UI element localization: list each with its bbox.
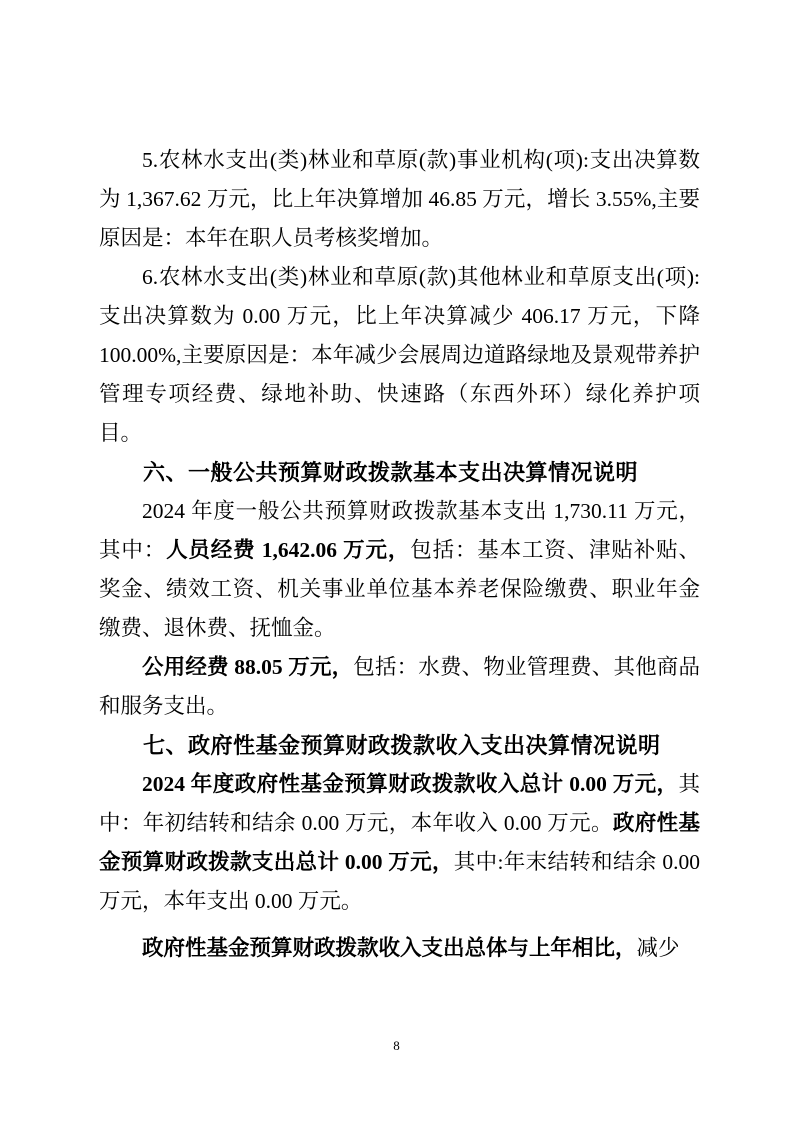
paragraph-text: 5.农林水支出(类)林业和草原(款)事业机构(项):支出决算数为 1,367.6…: [99, 148, 700, 250]
paragraph-public-expense: 公用经费 88.05 万元，包括：水费、物业管理费、其他商品和服务支出。: [99, 648, 700, 726]
paragraph-text: 减少: [637, 936, 680, 960]
paragraph-text-bold: 公用经费 88.05 万元，: [142, 655, 353, 679]
section-heading-six: 六、一般公共预算财政拨款基本支出决算情况说明: [99, 453, 700, 492]
paragraph-text-bold: 2024 年度政府性基金预算财政拨款收入总计 0.00 万元，: [142, 772, 678, 796]
document-body: 5.农林水支出(类)林业和草原(款)事业机构(项):支出决算数为 1,367.6…: [99, 141, 700, 968]
paragraph-item6-expenditure: 6.农林水支出(类)林业和草原(款)其他林业和草原支出(项):支出决算数为 0.…: [99, 258, 700, 453]
document-page: 5.农林水支出(类)林业和草原(款)事业机构(项):支出决算数为 1,367.6…: [0, 0, 793, 1122]
paragraph-text: 6.农林水支出(类)林业和草原(款)其他林业和草原支出(项):支出决算数为 0.…: [99, 265, 700, 445]
paragraph-text-bold: 政府性基金预算财政拨款收入支出总体与上年相比，: [142, 936, 637, 960]
paragraph-item5-expenditure: 5.农林水支出(类)林业和草原(款)事业机构(项):支出决算数为 1,367.6…: [99, 141, 700, 258]
paragraph-gov-fund-budget: 2024 年度政府性基金预算财政拨款收入总计 0.00 万元，其中：年初结转和结…: [99, 765, 700, 921]
section-heading-seven: 七、政府性基金预算财政拨款收入支出决算情况说明: [99, 726, 700, 765]
paragraph-basic-expenditure: 2024 年度一般公共预算财政拨款基本支出 1,730.11 万元，其中：人员经…: [99, 492, 700, 648]
paragraph-gov-fund-compare: 政府性基金预算财政拨款收入支出总体与上年相比，减少: [99, 929, 700, 968]
page-number: 8: [0, 1038, 793, 1054]
paragraph-text-bold: 人员经费 1,642.06 万元，: [166, 538, 410, 562]
